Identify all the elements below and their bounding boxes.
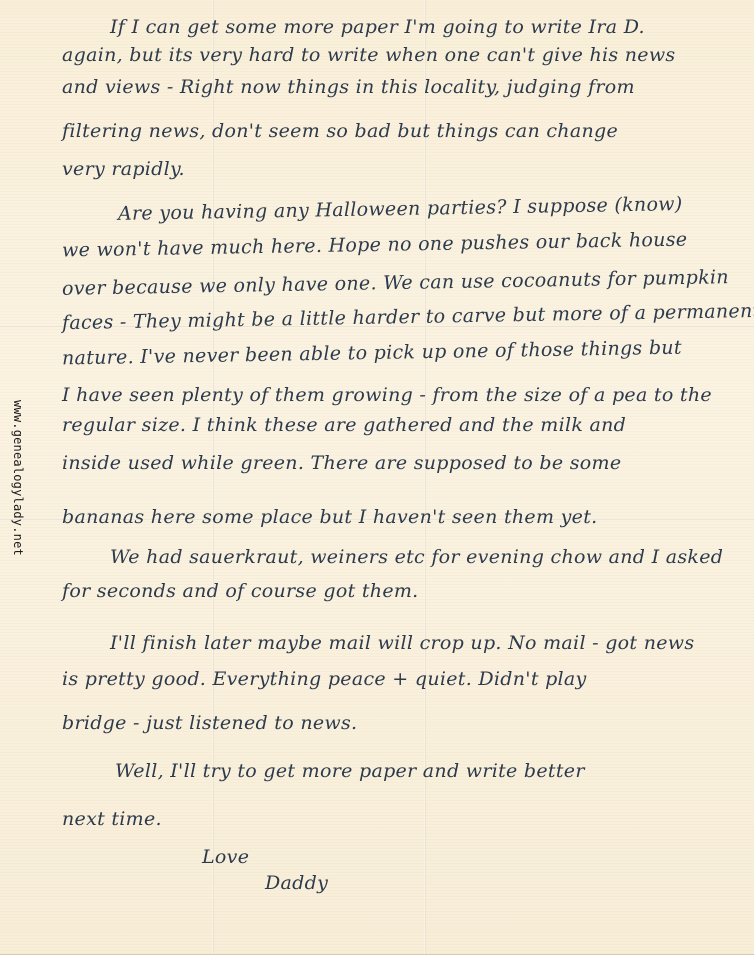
letter-line: and views - Right now things in this loc… <box>62 76 635 98</box>
letter-line: very rapidly. <box>62 158 185 180</box>
letter-line: filtering news, don't seem so bad but th… <box>62 120 618 142</box>
letter-line: over because we only have one. We can us… <box>62 266 729 300</box>
letter-line: we won't have much here. Hope no one pus… <box>62 229 688 262</box>
letter-line: is pretty good. Everything peace + quiet… <box>62 668 587 690</box>
vertical-fold-crease-left <box>212 0 214 954</box>
letter-line: inside used while green. There are suppo… <box>62 452 621 474</box>
letter-line: We had sauerkraut, weiners etc for eveni… <box>110 546 723 568</box>
letter-line: Are you having any Halloween parties? I … <box>118 193 683 225</box>
letter-signature: Daddy <box>265 872 328 894</box>
letter-line: If I can get some more paper I'm going t… <box>110 16 645 38</box>
letter-line: I have seen plenty of them growing - fro… <box>62 384 712 406</box>
letter-line: for seconds and of course got them. <box>62 580 419 602</box>
watermark-text: www.genealogylady.net <box>4 400 32 630</box>
letter-line: faces - They might be a little harder to… <box>62 300 754 334</box>
letter-paper: www.genealogylady.net If I can get some … <box>0 0 754 954</box>
vertical-fold-crease-right <box>424 0 426 954</box>
scan-bottom-edge <box>0 954 754 960</box>
letter-line: bananas here some place but I haven't se… <box>62 506 597 528</box>
letter-line: nature. I've never been able to pick up … <box>62 337 682 370</box>
letter-line: regular size. I think these are gathered… <box>62 414 626 436</box>
letter-line: bridge - just listened to news. <box>62 712 357 734</box>
letter-line: I'll finish later maybe mail will crop u… <box>110 632 694 654</box>
letter-closing: Love <box>202 846 249 868</box>
letter-line: next time. <box>62 808 162 830</box>
letter-line: Well, I'll try to get more paper and wri… <box>115 760 585 782</box>
letter-line: again, but its very hard to write when o… <box>62 44 675 66</box>
